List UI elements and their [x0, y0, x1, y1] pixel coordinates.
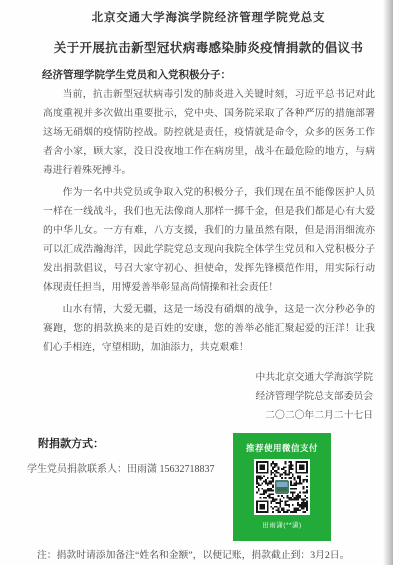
- wechat-qr-owner-label: 田雨潇(**潇): [233, 520, 331, 529]
- paragraph-3: 山水有情，大爱无疆，这是一场没有硝烟的战争，这是一次分秒必争的赛跑，您的捐款换来…: [43, 300, 375, 357]
- paragraph-1: 当前，抗击新型冠状病毒引发的肺炎进入关键时刻，习近平总书记对此高度重视并多次做出…: [43, 85, 375, 180]
- donation-contact-line: 学生党员捐款联系人：田雨潇 15632718837: [27, 460, 393, 475]
- document-subject-title: 关于开展抗击新型冠状病毒感染肺炎疫情捐款的倡议书: [34, 38, 383, 56]
- wechat-pay-card: 推荐使用微信支付 田雨潇(**潇): [233, 433, 331, 541]
- salutation-line: 经济管理学院学生党员和入党积极分子：: [42, 67, 375, 82]
- wechat-qr-code: [254, 459, 310, 515]
- footnote: 注：捐款时请添加备注“姓名和金额”，以便记账，捐款截止到：3月2日。: [37, 547, 381, 561]
- signature-date: 二〇二〇年二月二十七日: [0, 406, 373, 425]
- signature-org-line-1: 中共北京交通大学海滨学院: [0, 368, 373, 387]
- paragraph-2: 作为一名中共党员或争取入党的积极分子，我们现在虽不能像医护人员一样在一线战斗，我…: [43, 183, 375, 297]
- signature-block: 中共北京交通大学海滨学院 经济管理学院总支部委员会 二〇二〇年二月二十七日: [0, 368, 373, 426]
- document-org-title: 北京交通大学海滨学院经济管理学院党总支: [42, 9, 375, 25]
- donation-method-heading: 附捐款方式：: [38, 435, 393, 451]
- page-edge-shadow: [383, 0, 393, 565]
- wechat-pay-header-label: 推荐使用微信支付: [233, 433, 331, 454]
- signature-org-line-2: 经济管理学院总支部委员会: [0, 387, 373, 406]
- document-page: 北京交通大学海滨学院经济管理学院党总支 关于开展抗击新型冠状病毒感染肺炎疫情捐款…: [0, 0, 393, 565]
